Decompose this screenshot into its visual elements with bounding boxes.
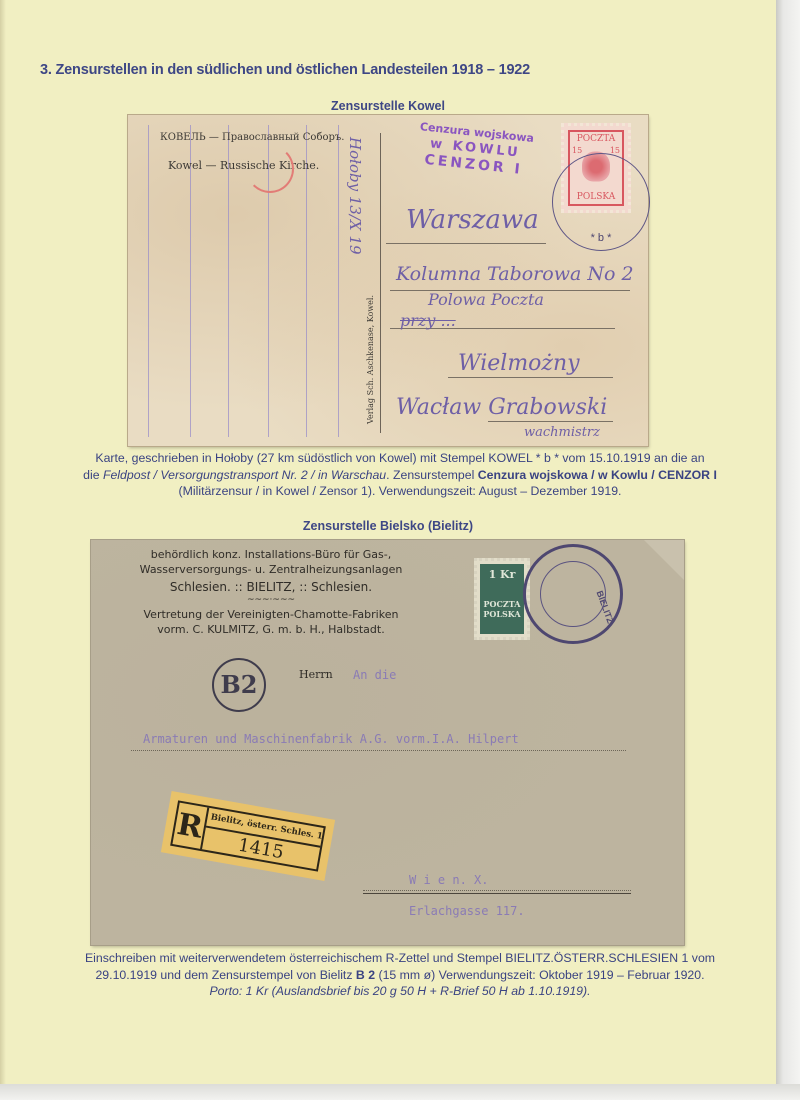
postmark-bielitz: BIELITZ — [523, 544, 623, 644]
address-line — [386, 243, 546, 244]
handwritten-address-line: Polowa Poczta — [428, 290, 544, 309]
stamp-value: 1 Kr — [480, 568, 524, 581]
postmark-text: BIELITZ — [594, 589, 615, 624]
address-dotted-line — [131, 750, 626, 753]
censor-stamp-kowel: Cenzura wojskowa w KOWLU CENZOR I — [416, 119, 535, 179]
handwritten-address-line: Kolumna Taborowa No 2 — [396, 263, 634, 285]
page-title: 3. Zensurstellen in den südlichen und ös… — [40, 62, 530, 78]
caption-line: (Militärzensur / in Kowel / Zensor 1). V… — [20, 483, 780, 500]
address-line — [448, 377, 613, 378]
typed-an-die: An die — [353, 668, 396, 682]
postcard-caption-russian: КОВЕЛЬ — Православный Соборъ. — [160, 132, 344, 143]
publisher-imprint: Verlag Sch. Aschkenase, Kowel. — [366, 295, 375, 424]
letterhead-city: Schlesien. :: BIELITZ, :: Schlesien. — [121, 580, 421, 594]
scanner-margin-bottom — [0, 1084, 800, 1100]
postage-stamp-1kr: 1 Kr POCZTA POLSKA — [474, 558, 530, 640]
envelope-bielitz: behördlich konz. Installations-Büro für … — [91, 540, 684, 945]
caption-bold: B 2 — [356, 968, 375, 982]
postcard-caption-german: Kowel — Russische Kirche. — [168, 159, 319, 172]
letterhead-line: Vertretung der Vereinigten-Chamotte-Fabr… — [121, 608, 421, 621]
registration-label: R Bielitz, österr. Schles. 1 1415 — [164, 795, 331, 878]
stamp-text: POCZTA — [480, 599, 524, 609]
handwritten-recipient: Wacław Grabowski — [396, 395, 607, 420]
address-line — [488, 421, 613, 422]
postmark-kowel: * b * — [552, 153, 650, 251]
caption-bold: Cenzura wojskowa / w Kowlu / CENZOR I — [478, 468, 717, 482]
ruled-line — [148, 125, 149, 437]
envelope-folded-corner — [644, 540, 684, 580]
postcard-divider — [380, 133, 381, 433]
page-edge-shadow — [0, 0, 6, 1084]
address-dotted-line — [363, 890, 631, 894]
typed-city: W i e n. X. — [409, 873, 488, 887]
typed-recipient: Armaturen und Maschinenfabrik A.G. vorm.… — [143, 732, 519, 746]
caption-text: . Zensurstempel — [386, 468, 478, 482]
handwritten-rank: wachmistrz — [524, 425, 600, 440]
caption-line: Einschreiben mit weiterverwendetem öster… — [20, 950, 780, 967]
letterhead-ornament: ~~~·~~~ — [121, 595, 421, 605]
ruled-line — [338, 125, 339, 437]
postcard-kowel: КОВЕЛЬ — Православный Соборъ. Kowel — Ru… — [128, 115, 648, 446]
red-pencil-mark — [246, 145, 294, 193]
caption-line: 29.10.1919 und dem Zensurstempel von Bie… — [20, 967, 780, 984]
printed-salutation: Herrn — [299, 668, 333, 681]
stamp-text: POLSKA — [480, 609, 524, 619]
letterhead-line: behördlich konz. Installations-Büro für … — [121, 548, 421, 561]
typed-street: Erlachgasse 117. — [409, 904, 525, 918]
section-title-bielitz: Zensurstelle Bielsko (Bielitz) — [0, 519, 776, 533]
caption-italic: Porto: 1 Kr (Auslandsbrief bis 20 g 50 H… — [209, 984, 590, 998]
section-title-kowel: Zensurstelle Kowel — [0, 99, 776, 113]
caption-bielitz: Einschreiben mit weiterverwendetem öster… — [20, 950, 780, 1000]
stamp-value: 15 — [572, 146, 582, 155]
caption-italic: Feldpost / Versorgungstransport Nr. 2 / … — [103, 468, 386, 482]
handwritten-city: Warszawa — [406, 205, 539, 235]
caption-text: die — [83, 468, 103, 482]
scanner-margin-right — [776, 0, 800, 1100]
handwritten-title: Wielmożny — [458, 351, 580, 376]
letterhead-line: Wasserversorgungs- u. Zentralheizungsanl… — [121, 563, 421, 576]
caption-text: 29.10.1919 und dem Zensurstempel von Bie… — [95, 968, 355, 982]
handwritten-crossed-line: przy ... — [400, 311, 456, 330]
caption-text: (15 mm ø) Verwendungszeit: Oktober 1919 … — [375, 968, 704, 982]
stamp-text-top: POCZTA — [570, 134, 622, 144]
letterhead-line: vorm. C. KULMITZ, G. m. b. H., Halbstadt… — [121, 623, 421, 636]
caption-line: die Feldpost / Versorgungstransport Nr. … — [20, 467, 780, 484]
postmark-text: * b * — [553, 232, 649, 244]
censor-stamp-b2: B2 — [212, 658, 266, 712]
caption-kowel: Karte, geschrieben in Hołoby (27 km südö… — [20, 450, 780, 500]
handwritten-dateline: Hołoby 13/X 19 — [346, 137, 364, 255]
caption-line: Karte, geschrieben in Hołoby (27 km südö… — [20, 450, 780, 467]
